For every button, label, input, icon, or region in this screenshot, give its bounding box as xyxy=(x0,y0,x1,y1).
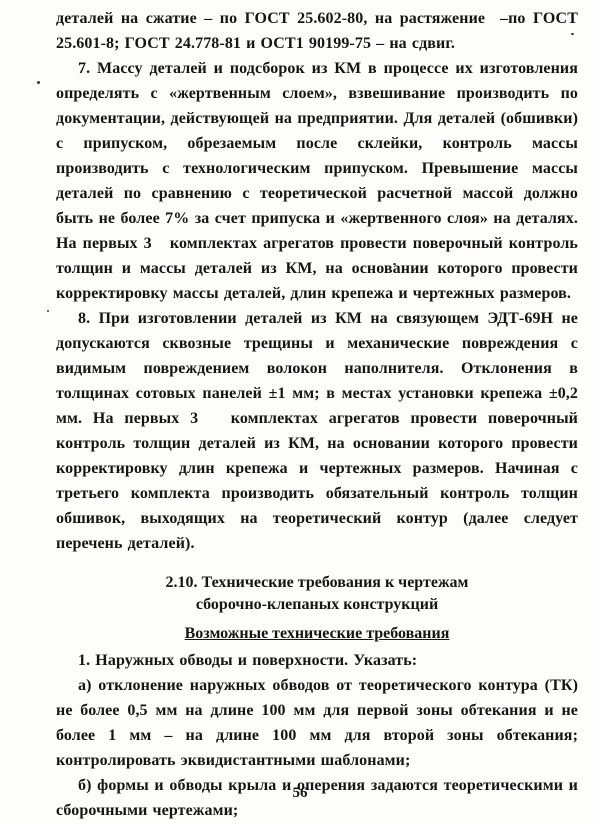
subheading-underlined: Возможные технические требования xyxy=(56,623,578,645)
paragraph-continued: деталей на сжатие – по ГОСТ 25.602-80, н… xyxy=(56,6,578,56)
list-item-1: 1. Наружных обводы и поверхности. Указат… xyxy=(56,648,578,673)
scan-speck xyxy=(571,33,574,35)
paragraph-item-8: 8. При изготовлении деталей из КМ на свя… xyxy=(56,306,578,556)
scan-speck xyxy=(393,263,396,265)
scan-speck xyxy=(47,310,49,312)
section-heading: 2.10. Технические требования к чертежам … xyxy=(56,572,578,616)
scanned-document-page: деталей на сжатие – по ГОСТ 25.602-80, н… xyxy=(0,0,600,824)
text-block: деталей на сжатие – по ГОСТ 25.602-80, н… xyxy=(56,6,578,823)
page-number: 56 xyxy=(0,784,600,802)
paragraph-item-7: 7. Массу деталей и подсборок из КМ в про… xyxy=(56,56,578,306)
section-heading-line1: 2.10. Технические требования к чертежам xyxy=(56,572,578,594)
section-heading-line2: сборочно-клепаных конструкций xyxy=(56,594,578,616)
list-item-a: а) отклонение наружных обводов от теорет… xyxy=(56,673,578,773)
scan-speck xyxy=(37,81,40,84)
